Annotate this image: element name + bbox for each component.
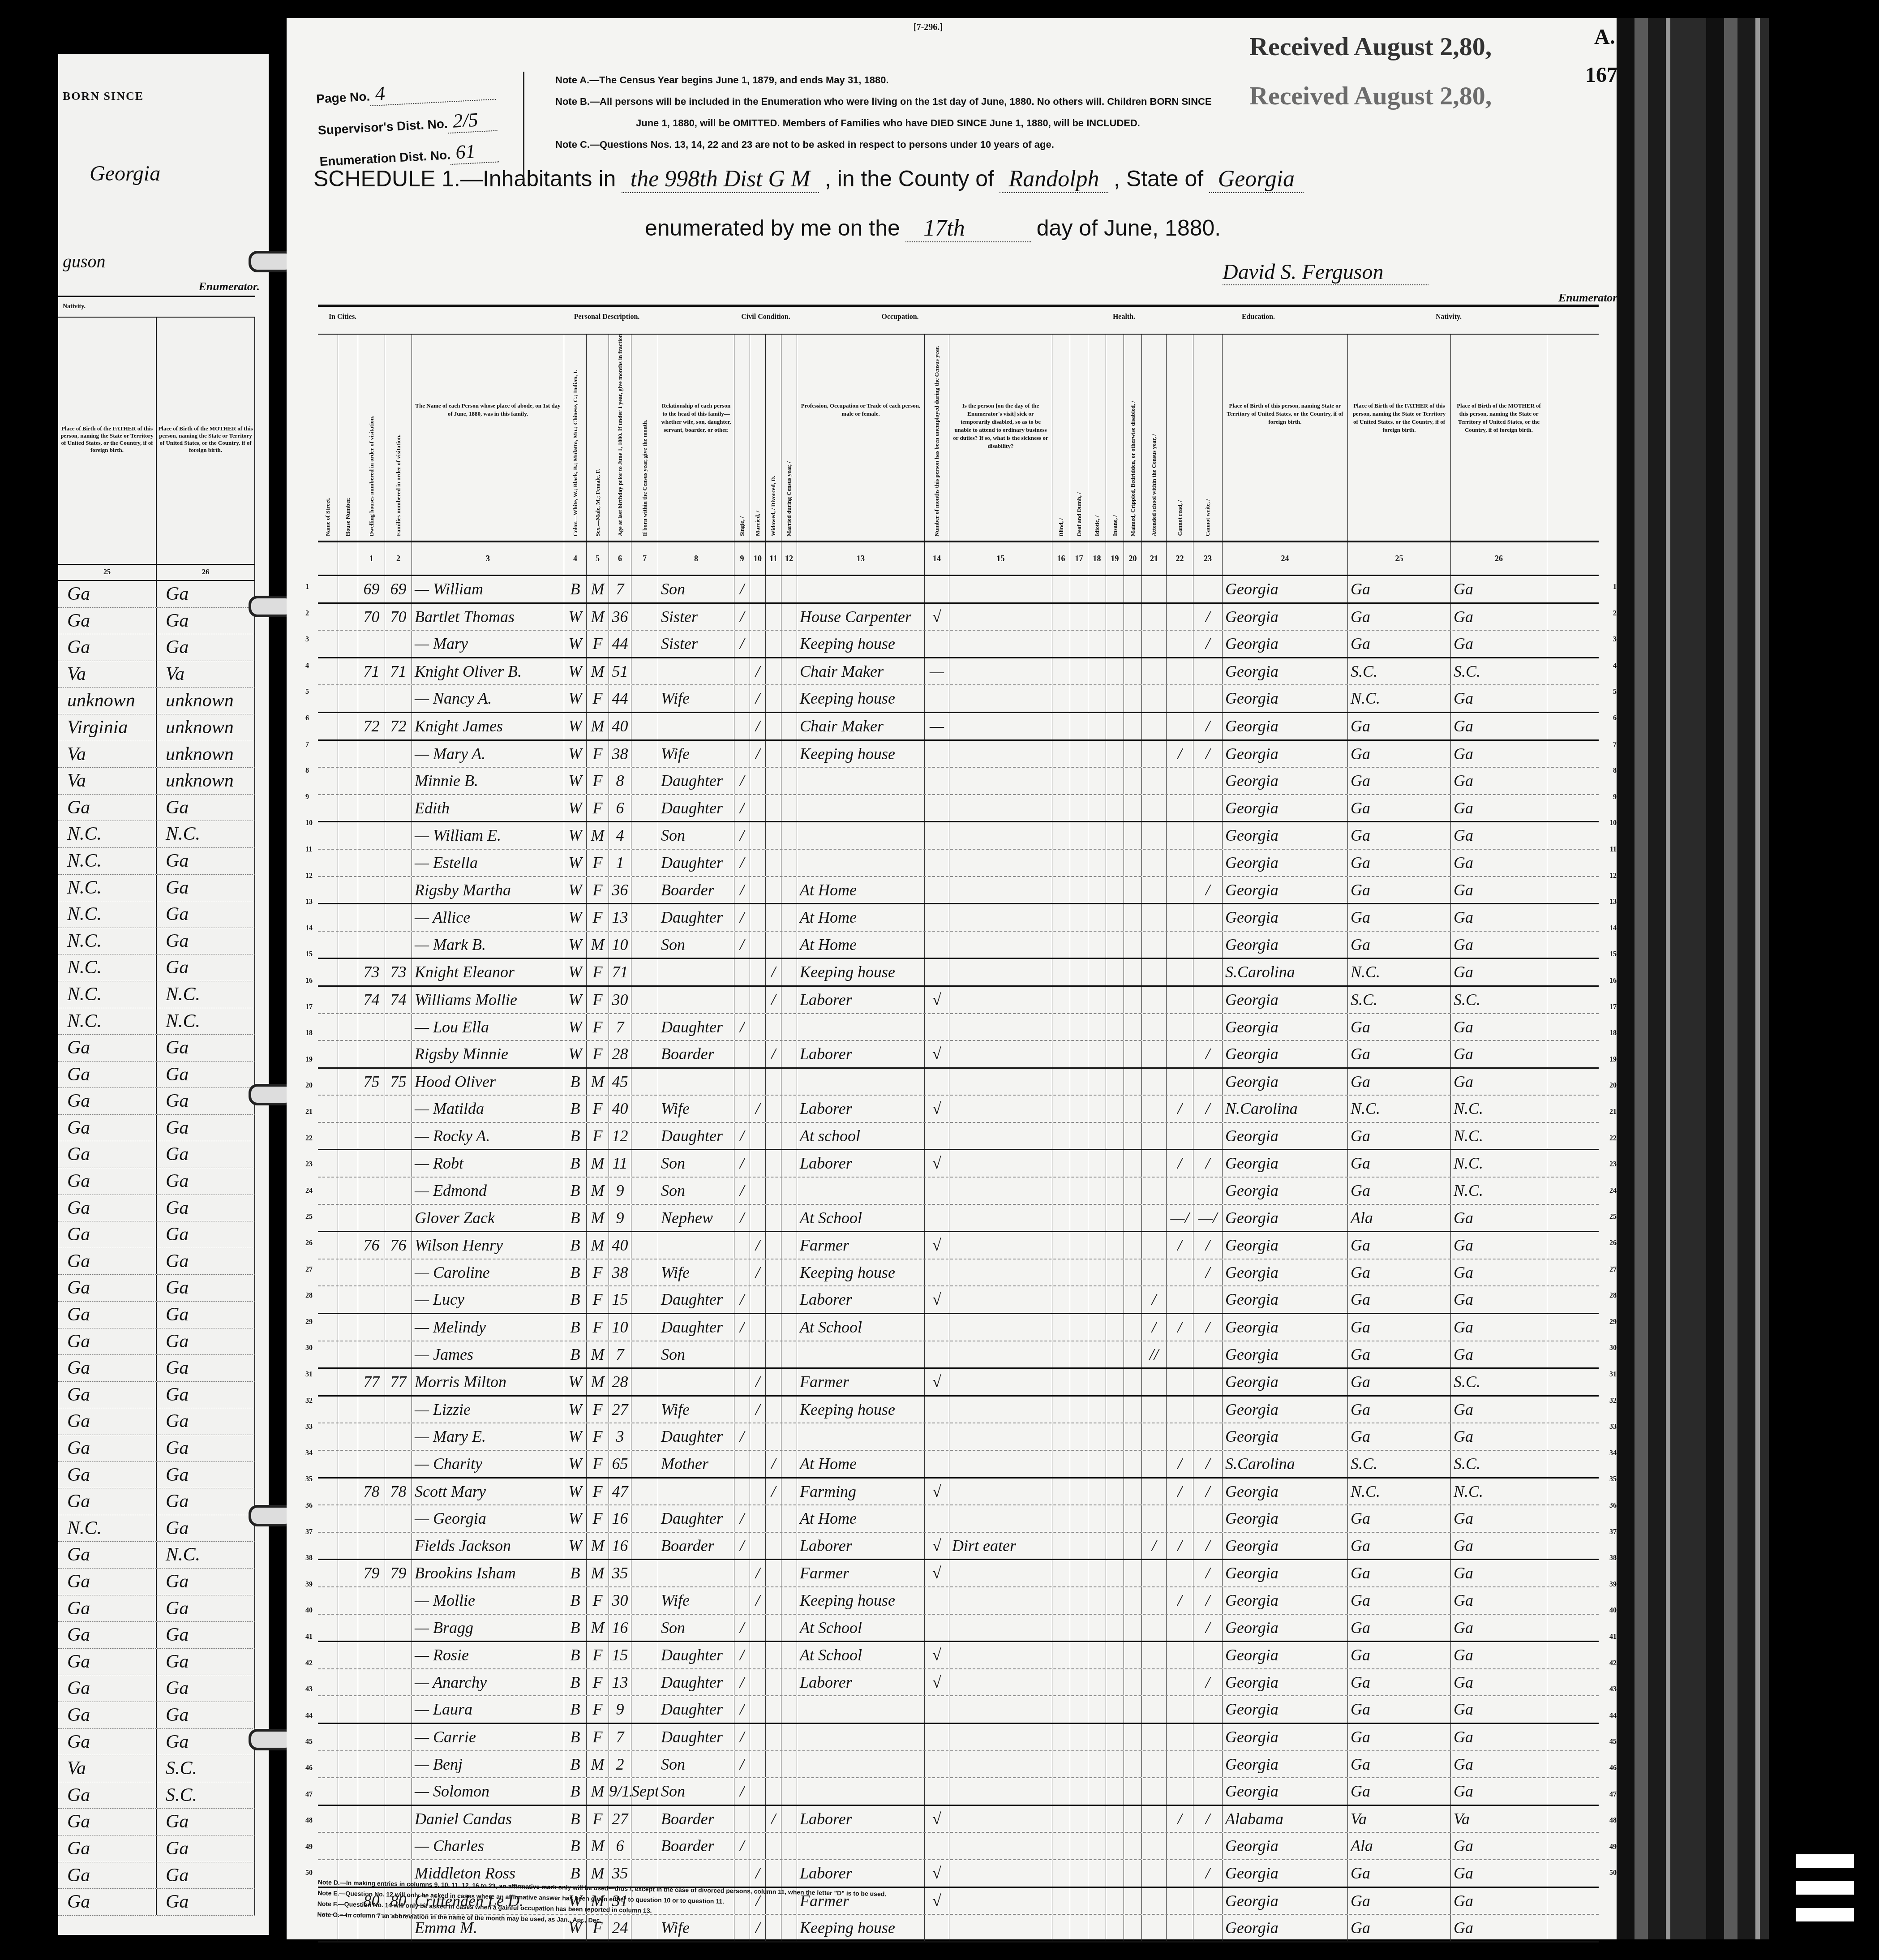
mother-birthplace-cell: unknown <box>157 741 255 768</box>
birthplace-cell: S.Carolina <box>1223 1451 1348 1477</box>
empty-cell <box>1070 1232 1088 1259</box>
family-number-cell <box>385 1123 412 1149</box>
empty-cell <box>318 1096 338 1122</box>
age-cell: 4 <box>609 822 631 849</box>
relationship-cell: Sister <box>658 631 734 657</box>
empty-cell <box>318 1806 338 1832</box>
line-number: 13 <box>1609 898 1617 906</box>
column-number <box>318 542 338 575</box>
person-name-cell: — Charles <box>412 1833 564 1859</box>
empty-cell <box>1124 1669 1142 1696</box>
empty-cell <box>1070 1014 1088 1040</box>
birthplace-cell: Georgia <box>1223 604 1348 630</box>
previous-page-row: GaN.C. <box>58 1542 255 1569</box>
sex-cell: M <box>587 1533 609 1559</box>
widowed-mark-cell <box>766 1286 781 1313</box>
table-row: — AlliceWF13Daughter/At HomeGeorgiaGaGa <box>318 904 1599 932</box>
cannot-write-mark-cell <box>1193 850 1223 876</box>
column-header-12: Married during Census year, / <box>781 335 797 541</box>
relationship-cell <box>658 987 734 1013</box>
relationship-cell: Sister <box>658 604 734 630</box>
line-number: 1 <box>305 583 309 591</box>
empty-cell <box>1106 741 1124 767</box>
single-mark-cell <box>734 1587 750 1614</box>
empty-cell <box>1088 1505 1106 1532</box>
empty-cell <box>781 741 797 767</box>
relationship-cell: Daughter <box>658 1286 734 1313</box>
single-mark-cell <box>734 987 750 1013</box>
color-cell: B <box>564 1232 587 1259</box>
dwelling-number-cell <box>358 741 385 767</box>
months-unemployed-cell: √ <box>925 1806 949 1832</box>
widowed-mark-cell: / <box>766 987 781 1013</box>
family-number-cell <box>385 1587 412 1614</box>
relationship-cell: Daughter <box>658 1669 734 1696</box>
column-numbers: 1234567891011121314151617181920212223242… <box>318 542 1599 576</box>
empty-cell <box>1124 1560 1142 1586</box>
empty-cell <box>1052 1423 1070 1450</box>
months-unemployed-cell <box>925 1505 949 1532</box>
cannot-read-mark-cell <box>1167 768 1193 794</box>
empty-cell <box>781 932 797 958</box>
father-birthplace-cell: Ga <box>58 1782 157 1809</box>
sex-cell: M <box>587 1232 609 1259</box>
sickness-cell <box>949 1778 1052 1805</box>
empty-cell <box>1052 1150 1070 1177</box>
cannot-write-mark-cell <box>1193 658 1223 685</box>
line-number: 16 <box>305 977 313 985</box>
empty-cell <box>1088 1615 1106 1641</box>
single-mark-cell: / <box>734 932 750 958</box>
sickness-cell <box>949 658 1052 685</box>
empty-cell <box>338 1696 358 1723</box>
family-number-cell <box>385 1014 412 1040</box>
empty-cell <box>1124 959 1142 985</box>
person-name-cell: — Nancy A. <box>412 685 564 712</box>
empty-cell <box>338 959 358 985</box>
age-cell: 44 <box>609 631 631 657</box>
empty-cell <box>1124 1314 1142 1341</box>
dwelling-number-cell: 75 <box>358 1069 385 1095</box>
father-birthplace-cell: Ga <box>1348 850 1451 876</box>
mother-birthplace-cell: Ga <box>1451 822 1547 849</box>
married-mark-cell <box>750 795 766 821</box>
column-header-text: If born within the Census year, give the… <box>641 420 648 536</box>
line-number: 10 <box>305 819 313 827</box>
empty-cell <box>781 1560 797 1586</box>
empty-cell <box>338 904 358 931</box>
birth-month-cell <box>631 1533 658 1559</box>
empty-cell <box>781 685 797 712</box>
widowed-mark-cell <box>766 1669 781 1696</box>
column-number <box>338 542 358 575</box>
father-birthplace-cell: N.C. <box>58 848 157 874</box>
father-birthplace-cell: Ga <box>1348 1505 1451 1532</box>
mother-birthplace-cell: Ga <box>1451 1669 1547 1696</box>
father-birthplace-cell: Ga <box>58 795 157 821</box>
dwelling-number-cell <box>358 1341 385 1368</box>
empty-cell <box>318 877 338 903</box>
sickness-cell <box>949 1915 1052 1941</box>
empty-cell <box>1088 1205 1106 1231</box>
sickness-cell <box>949 850 1052 876</box>
birth-month-cell <box>631 1806 658 1832</box>
empty-cell <box>338 1669 358 1696</box>
empty-cell <box>318 1069 338 1095</box>
relationship-cell: Son <box>658 1178 734 1204</box>
line-number: 37 <box>305 1528 313 1536</box>
attended-school-mark-cell <box>1142 685 1167 712</box>
column-header-21: Attended school within the Census year, … <box>1142 335 1167 541</box>
mother-birthplace-cell: Ga <box>157 875 255 901</box>
previous-page-fragment: BORN SINCE Georgia guson Enumerator. Nat… <box>58 54 269 1935</box>
person-name-cell: — Lucy <box>412 1286 564 1313</box>
father-birthplace-cell: Ga <box>1348 1314 1451 1341</box>
empty-cell <box>781 877 797 903</box>
family-number-cell <box>385 1615 412 1641</box>
empty-cell <box>1106 631 1124 657</box>
empty-cell <box>1070 1915 1088 1941</box>
color-cell: W <box>564 768 587 794</box>
mother-birthplace-cell: Ga <box>157 1595 255 1622</box>
mother-birthplace-cell: Ga <box>157 1355 255 1381</box>
line-number: 46 <box>305 1764 313 1772</box>
line-number: 28 <box>1609 1292 1617 1300</box>
relationship-cell: Son <box>658 1341 734 1368</box>
birth-month-cell <box>631 1751 658 1778</box>
father-birthplace-cell: Ga <box>58 581 157 607</box>
dwelling-number-cell: 72 <box>358 713 385 739</box>
person-name-cell: — Solomon <box>412 1778 564 1805</box>
empty-cell <box>1106 1778 1124 1805</box>
empty-cell <box>1070 1096 1088 1122</box>
empty-cell <box>338 932 358 958</box>
empty-cell <box>781 1724 797 1750</box>
mother-birthplace-cell: Ga <box>157 1702 255 1728</box>
empty-cell <box>1070 1451 1088 1477</box>
attended-school-mark-cell <box>1142 1451 1167 1477</box>
person-name-cell: Rigsby Minnie <box>412 1041 564 1067</box>
mother-birthplace-cell: Ga <box>1451 1860 1547 1887</box>
married-mark-cell <box>750 1505 766 1532</box>
person-name-cell: Williams Mollie <box>412 987 564 1013</box>
cannot-read-mark-cell <box>1167 795 1193 821</box>
relationship-cell: Son <box>658 576 734 602</box>
dwelling-number-cell <box>358 1096 385 1122</box>
married-mark-cell <box>750 1423 766 1450</box>
previous-page-row: GaGa <box>58 1328 255 1355</box>
empty-cell <box>781 1041 797 1067</box>
family-number-cell <box>385 1724 412 1750</box>
birth-month-cell <box>631 685 658 712</box>
age-cell: 35 <box>609 1560 631 1586</box>
attended-school-mark-cell <box>1142 1041 1167 1067</box>
column-header-14: Number of months this person has been un… <box>925 335 949 541</box>
previous-page-row: GaGa <box>58 1862 255 1889</box>
sickness-cell <box>949 1479 1052 1505</box>
occupation-cell: Farmer <box>797 1560 925 1586</box>
cannot-read-mark-cell: —/ <box>1167 1205 1193 1231</box>
age-cell: 7 <box>609 576 631 602</box>
birth-month-cell <box>631 576 658 602</box>
line-number: 32 <box>305 1397 313 1405</box>
widowed-mark-cell <box>766 822 781 849</box>
empty-cell <box>1088 795 1106 821</box>
single-mark-cell <box>734 1259 750 1286</box>
empty-cell <box>1106 1451 1124 1477</box>
father-birthplace-cell: Ga <box>1348 1069 1451 1095</box>
line-number: 15 <box>305 950 313 959</box>
column-header-19: Insane, / <box>1106 335 1124 541</box>
district-value: the 998th Dist G M <box>622 166 819 193</box>
age-cell: 30 <box>609 1587 631 1614</box>
empty-cell <box>1106 987 1124 1013</box>
person-name-cell: Edith <box>412 795 564 821</box>
relationship-cell: Daughter <box>658 904 734 931</box>
brace-divider <box>519 72 524 179</box>
empty-cell <box>318 1014 338 1040</box>
father-birthplace-cell: Ga <box>1348 1259 1451 1286</box>
single-mark-cell: / <box>734 768 750 794</box>
family-number-cell <box>385 1397 412 1423</box>
color-cell: B <box>564 1314 587 1341</box>
cannot-write-mark-cell: / <box>1193 1150 1223 1177</box>
empty-cell <box>338 1615 358 1641</box>
empty-cell <box>781 1423 797 1450</box>
sickness-cell <box>949 822 1052 849</box>
months-unemployed-cell: √ <box>925 1096 949 1122</box>
father-birthplace-cell: Ga <box>58 1542 157 1568</box>
person-name-cell: — William <box>412 576 564 602</box>
column-number: 3 <box>412 542 564 575</box>
attended-school-mark-cell <box>1142 1479 1167 1505</box>
dwelling-number-cell <box>358 631 385 657</box>
single-mark-cell: / <box>734 904 750 931</box>
empty-cell <box>1106 576 1124 602</box>
age-cell: 9 <box>609 1696 631 1723</box>
empty-cell <box>1052 1615 1070 1641</box>
father-birthplace-cell: Ga <box>1348 1669 1451 1696</box>
previous-page-row: GaGa <box>58 1462 255 1489</box>
empty-cell <box>338 1451 358 1477</box>
column-number: 7 <box>631 542 658 575</box>
empty-cell <box>1052 768 1070 794</box>
father-birthplace-cell: Va <box>58 1755 157 1782</box>
relationship-cell: Nephew <box>658 1205 734 1231</box>
sex-cell: M <box>587 1205 609 1231</box>
dwelling-number-cell <box>358 1041 385 1067</box>
table-row: — MelindyBF10Daughter/At School///Georgi… <box>318 1314 1599 1341</box>
empty-cell <box>1070 1069 1088 1095</box>
occupation-cell: Keeping house <box>797 959 925 985</box>
father-birthplace-cell: Ga <box>58 1889 157 1915</box>
empty-cell <box>1052 1778 1070 1805</box>
empty-cell <box>1070 1751 1088 1778</box>
table-row: — Lou EllaWF7Daughter/GeorgiaGaGa <box>318 1014 1599 1041</box>
single-mark-cell: / <box>734 1205 750 1231</box>
line-number: 39 <box>1609 1581 1617 1589</box>
date-suffix: day of June, 1880. <box>1037 215 1221 241</box>
empty-cell <box>1106 713 1124 739</box>
person-name-cell: — Melindy <box>412 1314 564 1341</box>
color-cell: W <box>564 658 587 685</box>
color-cell: W <box>564 987 587 1013</box>
empty-cell <box>1124 1150 1142 1177</box>
father-birthplace-cell: Ga <box>1348 1533 1451 1559</box>
empty-cell <box>1070 1041 1088 1067</box>
column-header-13: Profession, Occupation or Trade of each … <box>797 335 925 541</box>
birth-month-cell <box>631 1232 658 1259</box>
cannot-write-mark-cell: / <box>1193 604 1223 630</box>
empty-cell <box>781 1397 797 1423</box>
empty-cell <box>338 1123 358 1149</box>
empty-cell <box>781 987 797 1013</box>
empty-cell <box>1052 741 1070 767</box>
table-row: 7272Knight JamesWM40/Chair Maker—/Georgi… <box>318 713 1599 741</box>
birth-month-cell <box>631 1341 658 1368</box>
birth-month-cell <box>631 713 658 739</box>
mother-birthplace-cell: N.C. <box>1451 1123 1547 1149</box>
previous-page-row: VaVa <box>58 661 255 688</box>
empty-cell <box>1052 685 1070 712</box>
color-cell: B <box>564 1259 587 1286</box>
age-cell: 1 <box>609 850 631 876</box>
color-cell: W <box>564 1451 587 1477</box>
empty-cell <box>338 576 358 602</box>
empty-cell <box>1124 1615 1142 1641</box>
cannot-read-mark-cell <box>1167 1259 1193 1286</box>
birthplace-cell: Georgia <box>1223 1369 1348 1395</box>
family-number-cell: 70 <box>385 604 412 630</box>
empty-cell <box>338 1178 358 1204</box>
family-number-cell <box>385 631 412 657</box>
father-birthplace-cell: Ga <box>58 1328 157 1355</box>
enumerated-label: enumerated by me on the <box>645 215 900 241</box>
mother-birthplace-cell: Ga <box>1451 1286 1547 1313</box>
color-cell: B <box>564 1696 587 1723</box>
months-unemployed-cell <box>925 1069 949 1095</box>
empty-cell <box>318 604 338 630</box>
line-number: 33 <box>1609 1423 1617 1431</box>
father-birthplace-cell: Ga <box>1348 795 1451 821</box>
line-number: 20 <box>305 1082 313 1090</box>
empty-cell <box>338 1505 358 1532</box>
empty-cell <box>781 1751 797 1778</box>
color-cell: B <box>564 1669 587 1696</box>
empty-cell <box>1088 932 1106 958</box>
mother-birthplace-cell: Ga <box>1451 741 1547 767</box>
father-birthplace-cell: S.C. <box>1348 1451 1451 1477</box>
column-number: 18 <box>1088 542 1106 575</box>
empty-cell <box>318 713 338 739</box>
age-cell: 40 <box>609 1232 631 1259</box>
empty-cell <box>1124 1724 1142 1750</box>
empty-cell <box>1106 658 1124 685</box>
age-cell: 7 <box>609 1014 631 1040</box>
column-header-text: Married, / <box>754 511 761 536</box>
sex-cell: F <box>587 1806 609 1832</box>
empty-cell <box>1124 1751 1142 1778</box>
age-cell: 16 <box>609 1615 631 1641</box>
birth-month-cell <box>631 1505 658 1532</box>
months-unemployed-cell <box>925 822 949 849</box>
empty-cell <box>318 1178 338 1204</box>
sex-cell: M <box>587 1833 609 1859</box>
line-number: 5 <box>1613 688 1617 696</box>
mother-birthplace-cell: Ga <box>157 901 255 928</box>
single-mark-cell <box>734 1860 750 1887</box>
empty-cell <box>1088 576 1106 602</box>
father-birthplace-cell: Ga <box>58 1088 157 1114</box>
empty-cell <box>1088 1696 1106 1723</box>
relationship-cell: Daughter <box>658 1696 734 1723</box>
empty-cell <box>1106 795 1124 821</box>
cannot-write-mark-cell <box>1193 822 1223 849</box>
cannot-write-mark-cell <box>1193 987 1223 1013</box>
mother-birthplace-cell: N.C. <box>1451 1150 1547 1177</box>
person-name-cell: — Laura <box>412 1696 564 1723</box>
mother-birthplace-cell: Ga <box>157 1889 255 1915</box>
sickness-cell <box>949 1205 1052 1231</box>
widowed-mark-cell <box>766 1014 781 1040</box>
months-unemployed-cell: √ <box>925 1369 949 1395</box>
line-number: 24 <box>1609 1187 1617 1195</box>
column-header-text: Cannot read, / <box>1176 500 1184 536</box>
empty-cell <box>1088 604 1106 630</box>
birth-month-cell <box>631 631 658 657</box>
color-cell: B <box>564 576 587 602</box>
empty-cell <box>1106 1669 1124 1696</box>
table-row: — SolomonBM9/12SeptSon/GeorgiaGaGa <box>318 1778 1599 1806</box>
empty-cell <box>1124 1369 1142 1395</box>
father-birthplace-cell: Ala <box>1348 1833 1451 1859</box>
married-mark-cell: / <box>750 1096 766 1122</box>
person-name-cell: — Rocky A. <box>412 1123 564 1149</box>
dwelling-number-cell <box>358 1397 385 1423</box>
cannot-read-mark-cell <box>1167 1014 1193 1040</box>
empty-cell <box>1070 850 1088 876</box>
empty-cell <box>1088 1833 1106 1859</box>
empty-cell <box>338 713 358 739</box>
line-number: 17 <box>1609 1003 1617 1011</box>
cannot-write-mark-cell <box>1193 1642 1223 1668</box>
color-cell: B <box>564 1751 587 1778</box>
father-birthplace-cell: Ga <box>58 1035 157 1061</box>
married-mark-cell <box>750 1806 766 1832</box>
cannot-write-mark-cell <box>1193 1014 1223 1040</box>
cannot-read-mark-cell <box>1167 658 1193 685</box>
county-label: , in the County of <box>825 166 994 191</box>
line-number: 35 <box>1609 1475 1617 1483</box>
cannot-read-mark-cell: / <box>1167 741 1193 767</box>
empty-cell <box>338 741 358 767</box>
attended-school-mark-cell <box>1142 1642 1167 1668</box>
age-cell: 28 <box>609 1369 631 1395</box>
empty-cell <box>1088 1860 1106 1887</box>
cannot-write-mark-cell <box>1193 959 1223 985</box>
previous-page-row: GaGa <box>58 1115 255 1142</box>
empty-cell <box>1124 1096 1142 1122</box>
father-birthplace-cell: Ga <box>1348 1696 1451 1723</box>
family-number-cell <box>385 685 412 712</box>
single-mark-cell: / <box>734 1533 750 1559</box>
cannot-write-mark-cell: / <box>1193 1860 1223 1887</box>
family-number-cell <box>385 1505 412 1532</box>
single-mark-cell <box>734 1451 750 1477</box>
occupation-cell <box>797 1014 925 1040</box>
table-row: 7373Knight EleanorWF71/Keeping houseS.Ca… <box>318 959 1599 987</box>
table-row: — LizzieWF27Wife/Keeping houseGeorgiaGaG… <box>318 1397 1599 1424</box>
